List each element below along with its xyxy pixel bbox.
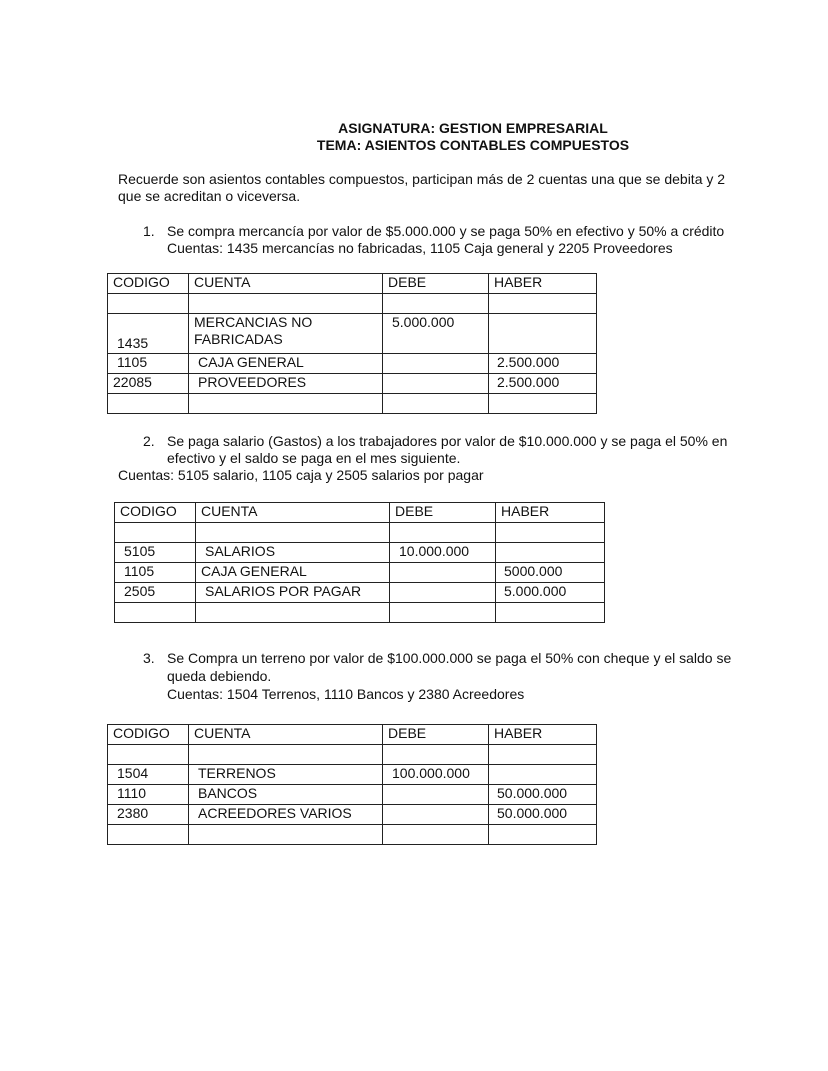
table-row: 22085 PROVEEDORES 2.500.000 xyxy=(108,374,597,394)
cell-codigo: 2505 xyxy=(115,583,196,603)
cell-codigo: 1105 xyxy=(115,563,196,583)
header-codigo: CODIGO xyxy=(108,725,189,745)
cell xyxy=(189,825,383,845)
intro-text-line1: Recuerde son asientos contables compuest… xyxy=(118,171,725,188)
cell-debe xyxy=(390,583,496,603)
table-row xyxy=(115,603,605,623)
ledger-table-1: CODIGO CUENTA DEBE HABER 1435 MERCANCIAS… xyxy=(107,273,597,414)
exercise-number: 1. xyxy=(143,223,167,240)
header-haber: HABER xyxy=(489,274,597,294)
header-cuenta: CUENTA xyxy=(189,274,383,294)
cell xyxy=(489,825,597,845)
header-cuenta: CUENTA xyxy=(189,725,383,745)
header-debe: DEBE xyxy=(390,503,496,523)
cell-debe xyxy=(383,354,489,374)
ledger-table-3: CODIGO CUENTA DEBE HABER 1504 TERRENOS 1… xyxy=(107,724,597,845)
cell xyxy=(496,603,605,623)
header-codigo: CODIGO xyxy=(115,503,196,523)
cell-codigo: 1504 xyxy=(108,765,189,785)
cell-haber: 2.500.000 xyxy=(489,354,597,374)
cell xyxy=(189,294,383,314)
cell xyxy=(115,523,196,543)
table-row: 1105 CAJA GENERAL 5000.000 xyxy=(115,563,605,583)
table-header-row: CODIGO CUENTA DEBE HABER xyxy=(108,274,597,294)
exercise-1-statement: 1.Se compra mercancía por valor de $5.00… xyxy=(143,223,724,240)
exercise-number: 2. xyxy=(143,433,167,450)
cell xyxy=(489,294,597,314)
table-row xyxy=(108,394,597,414)
cell xyxy=(108,825,189,845)
cell-codigo: 2380 xyxy=(108,805,189,825)
cell xyxy=(383,294,489,314)
cell xyxy=(108,294,189,314)
cell-codigo: 22085 xyxy=(108,374,189,394)
table-row: 1105 CAJA GENERAL 2.500.000 xyxy=(108,354,597,374)
exercise-2-statement-cont: efectivo y el saldo se paga en el mes si… xyxy=(167,450,460,467)
cell xyxy=(108,394,189,414)
header-haber: HABER xyxy=(489,725,597,745)
cell-debe: 10.000.000 xyxy=(390,543,496,563)
cell-debe: 100.000.000 xyxy=(383,765,489,785)
cell xyxy=(496,523,605,543)
cell-haber xyxy=(496,543,605,563)
cell-haber: 50.000.000 xyxy=(489,785,597,805)
exercise-number: 3. xyxy=(143,650,167,667)
cell-cuenta: SALARIOS xyxy=(196,543,390,563)
cell-cuenta: CAJA GENERAL xyxy=(196,563,390,583)
cell-debe xyxy=(383,785,489,805)
table-row: 1435 MERCANCIAS NOFABRICADAS 5.000.000 xyxy=(108,314,597,354)
cell xyxy=(383,825,489,845)
cell xyxy=(390,523,496,543)
header-codigo: CODIGO xyxy=(108,274,189,294)
cell xyxy=(383,394,489,414)
cell xyxy=(489,394,597,414)
table-header-row: CODIGO CUENTA DEBE HABER xyxy=(115,503,605,523)
cuenta-line: MERCANCIAS NO xyxy=(194,314,377,331)
exercise-3-accounts: Cuentas: 1504 Terrenos, 1110 Bancos y 23… xyxy=(167,686,524,703)
cuenta-line: FABRICADAS xyxy=(194,331,377,348)
exercise-2-statement: 2.Se paga salario (Gastos) a los trabaja… xyxy=(143,433,727,450)
cell xyxy=(196,523,390,543)
cell-codigo: 1110 xyxy=(108,785,189,805)
cell xyxy=(383,745,489,765)
table-row xyxy=(115,523,605,543)
exercise-1-accounts: Cuentas: 1435 mercancías no fabricadas, … xyxy=(167,240,673,257)
header-debe: DEBE xyxy=(383,725,489,745)
cell-haber: 5.000.000 xyxy=(496,583,605,603)
table-row xyxy=(108,294,597,314)
cell-cuenta: CAJA GENERAL xyxy=(189,354,383,374)
exercise-text: Se Compra un terreno por valor de $100.0… xyxy=(167,650,731,666)
cell xyxy=(115,603,196,623)
header-cuenta: CUENTA xyxy=(196,503,390,523)
topic-heading: TEMA: ASIENTOS CONTABLES COMPUESTOS xyxy=(0,136,828,154)
header-haber: HABER xyxy=(496,503,605,523)
cell-haber xyxy=(489,314,597,354)
table-row: 2380 ACREEDORES VARIOS 50.000.000 xyxy=(108,805,597,825)
cell-codigo: 1105 xyxy=(108,354,189,374)
cell-cuenta: TERRENOS xyxy=(189,765,383,785)
table-row: 5105 SALARIOS 10.000.000 xyxy=(115,543,605,563)
cell xyxy=(390,603,496,623)
cell-debe xyxy=(383,805,489,825)
cell xyxy=(108,745,189,765)
cell-debe: 5.000.000 xyxy=(383,314,489,354)
header-debe: DEBE xyxy=(383,274,489,294)
cell xyxy=(189,745,383,765)
table-row: 1504 TERRENOS 100.000.000 xyxy=(108,765,597,785)
exercise-text: Se compra mercancía por valor de $5.000.… xyxy=(167,223,724,239)
cell-haber: 2.500.000 xyxy=(489,374,597,394)
cell-cuenta: SALARIOS POR PAGAR xyxy=(196,583,390,603)
exercise-text: Se paga salario (Gastos) a los trabajado… xyxy=(167,433,727,449)
exercise-2-accounts: Cuentas: 5105 salario, 1105 caja y 2505 … xyxy=(118,467,484,484)
cell-codigo: 1435 xyxy=(108,314,189,354)
cell-haber: 5000.000 xyxy=(496,563,605,583)
table-row xyxy=(108,825,597,845)
table-row: 2505 SALARIOS POR PAGAR 5.000.000 xyxy=(115,583,605,603)
exercise-3-statement: 3.Se Compra un terreno por valor de $100… xyxy=(143,650,731,667)
cell-cuenta: PROVEEDORES xyxy=(189,374,383,394)
cell-cuenta: MERCANCIAS NOFABRICADAS xyxy=(189,314,383,354)
subject-heading: ASIGNATURA: GESTION EMPRESARIAL xyxy=(0,119,828,137)
ledger-table-2: CODIGO CUENTA DEBE HABER 5105 SALARIOS 1… xyxy=(114,502,605,623)
cell-haber: 50.000.000 xyxy=(489,805,597,825)
exercise-3-statement-cont: queda debiendo. xyxy=(167,668,271,685)
cell-haber xyxy=(489,765,597,785)
table-header-row: CODIGO CUENTA DEBE HABER xyxy=(108,725,597,745)
cell xyxy=(196,603,390,623)
cell xyxy=(489,745,597,765)
intro-text-line2: que se acreditan o viceversa. xyxy=(118,188,300,205)
cell-codigo: 5105 xyxy=(115,543,196,563)
cell-debe xyxy=(390,563,496,583)
cell xyxy=(189,394,383,414)
table-row xyxy=(108,745,597,765)
cell-cuenta: ACREEDORES VARIOS xyxy=(189,805,383,825)
cell-cuenta: BANCOS xyxy=(189,785,383,805)
cell-debe xyxy=(383,374,489,394)
table-row: 1110 BANCOS 50.000.000 xyxy=(108,785,597,805)
